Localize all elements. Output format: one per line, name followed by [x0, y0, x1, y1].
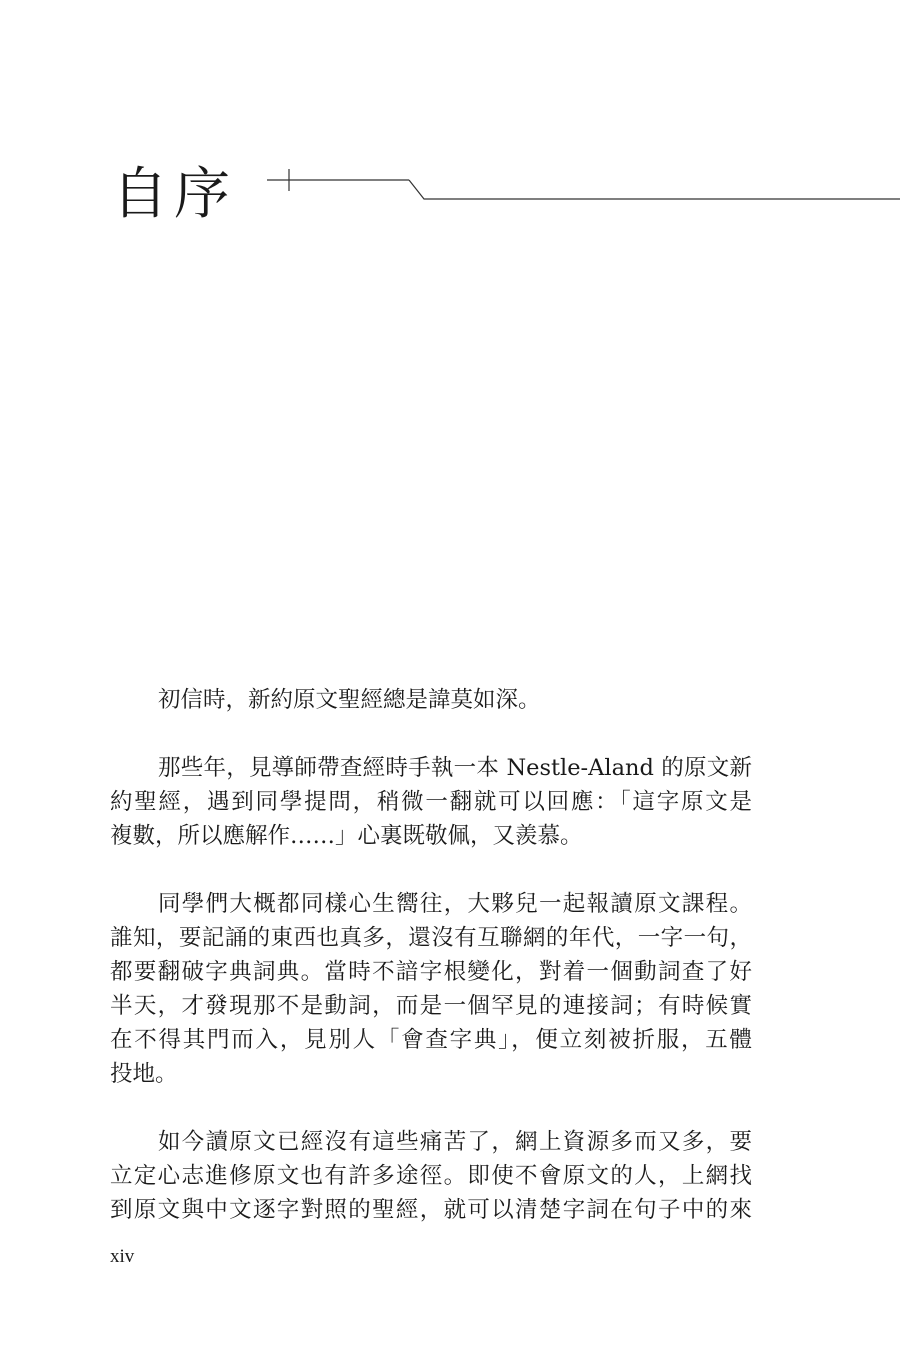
text-line: 立定心志進修原文也有許多途徑。即使不會原文的人，上網找	[110, 1159, 752, 1193]
text-line: 如今讀原文已經沒有這些痛苦了，網上資源多而又多，要	[110, 1125, 752, 1159]
body-text: 初信時，新約原文聖經總是諱莫如深。 那些年，見導師帶查經時手執一本 Nestle…	[110, 683, 752, 1227]
paragraph-gap	[110, 853, 752, 887]
paragraph: 如今讀原文已經沒有這些痛苦了，網上資源多而又多，要 立定心志進修原文也有許多途徑…	[110, 1125, 752, 1227]
text-line: 約聖經，遇到同學提問，稍微一翻就可以回應：「這字原文是	[110, 785, 752, 819]
decorative-title-rule	[0, 0, 900, 260]
text-line: 都要翻破字典詞典。當時不諳字根變化，對着一個動詞查了好	[110, 955, 752, 989]
text-line: 誰知，要記誦的東西也真多，還沒有互聯網的年代，一字一句，	[110, 921, 752, 955]
paragraph-gap	[110, 717, 752, 751]
text-line: 同學們大概都同樣心生嚮往，大夥兒一起報讀原文課程。	[110, 887, 752, 921]
paragraph: 那些年，見導師帶查經時手執一本 Nestle-Aland 的原文新 約聖經，遇到…	[110, 751, 752, 853]
text-line: 到原文與中文逐字對照的聖經，就可以清楚字詞在句子中的來	[110, 1193, 752, 1227]
text-line: 那些年，見導師帶查經時手執一本 Nestle-Aland 的原文新	[110, 751, 752, 785]
text-line: 投地。	[110, 1057, 752, 1091]
text-line: 半天，才發現那不是動詞，而是一個罕見的連接詞；有時候實	[110, 989, 752, 1023]
paragraph: 初信時，新約原文聖經總是諱莫如深。	[110, 683, 752, 717]
page-number: xiv	[110, 1246, 134, 1268]
text-line: 初信時，新約原文聖經總是諱莫如深。	[110, 683, 752, 717]
text-line: 複數，所以應解作……」心裏既敬佩，又羨慕。	[110, 819, 752, 853]
paragraph-gap	[110, 1091, 752, 1125]
paragraph: 同學們大概都同樣心生嚮往，大夥兒一起報讀原文課程。 誰知，要記誦的東西也真多，還…	[110, 887, 752, 1091]
text-line: 在不得其門而入，見別人「會查字典」，便立刻被折服，五體	[110, 1023, 752, 1057]
